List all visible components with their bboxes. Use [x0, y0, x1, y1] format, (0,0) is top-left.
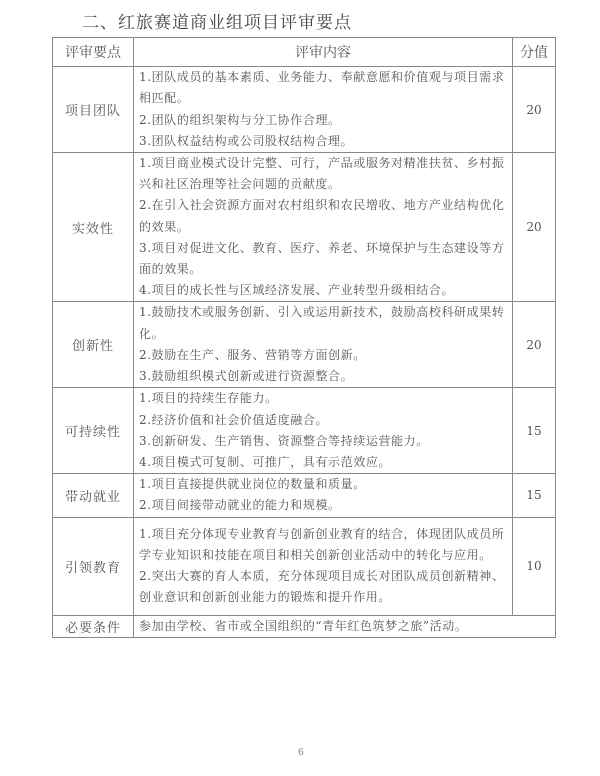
content-item: 3.团队权益结构或公司股权结构合理。	[139, 131, 508, 152]
content-item: 4.项目模式可复制、可推广，具有示范效应。	[139, 452, 508, 473]
row-content: 1.团队成员的基本素质、业务能力、奉献意愿和价值观与项目需求相匹配。 2.团队的…	[134, 67, 513, 153]
table-row: 引领教育 1.项目充分体现专业教育与创新创业教育的结合，体现团队成员所学专业知识…	[53, 517, 556, 615]
table-header-row: 评审要点 评审内容 分值	[53, 38, 556, 67]
row-point: 创新性	[53, 302, 134, 388]
row-content: 1.鼓励技术或服务创新、引入或运用新技术，鼓励高校科研成果转化。 2.鼓励在生产…	[134, 302, 513, 388]
row-point: 带动就业	[53, 474, 134, 517]
row-score: 20	[513, 153, 556, 302]
content-item: 2.经济价值和社会价值适度融合。	[139, 410, 508, 431]
row-point: 引领教育	[53, 517, 134, 615]
row-content: 参加由学校、省市或全国组织的“青年红色筑梦之旅”活动。	[134, 615, 556, 637]
row-content: 1.项目充分体现专业教育与创新创业教育的结合，体现团队成员所学专业知识和技能在项…	[134, 517, 513, 615]
row-content: 1.项目的持续生存能力。 2.经济价值和社会价值适度融合。 3.创新研发、生产销…	[134, 388, 513, 474]
content-item: 2.鼓励在生产、服务、营销等方面创新。	[139, 345, 508, 366]
table-row: 实效性 1.项目商业模式设计完整、可行，产品或服务对精准扶贫、乡村振兴和社区治理…	[53, 153, 556, 302]
content-item: 2.在引入社会资源方面对农村组织和农民增收、地方产业结构优化的效果。	[139, 195, 508, 237]
row-point: 实效性	[53, 153, 134, 302]
section-title: 二、红旅赛道商业组项目评审要点	[82, 8, 352, 33]
content-item: 2.团队的组织架构与分工协作合理。	[139, 110, 508, 131]
content-item: 2.突出大赛的育人本质，充分体现项目成长对团队成员创新精神、创业意识和创新创业能…	[139, 566, 508, 608]
content-item: 3.创新研发、生产销售、资源整合等持续运营能力。	[139, 431, 508, 452]
table-row: 创新性 1.鼓励技术或服务创新、引入或运用新技术，鼓励高校科研成果转化。 2.鼓…	[53, 302, 556, 388]
content-item: 4.项目的成长性与区域经济发展、产业转型升级相结合。	[139, 280, 508, 301]
table-row: 项目团队 1.团队成员的基本素质、业务能力、奉献意愿和价值观与项目需求相匹配。 …	[53, 67, 556, 153]
row-point: 项目团队	[53, 67, 134, 153]
review-criteria-table: 评审要点 评审内容 分值 项目团队 1.团队成员的基本素质、业务能力、奉献意愿和…	[52, 37, 556, 638]
row-point: 必要条件	[53, 615, 134, 637]
page-number: 6	[298, 748, 304, 758]
table-row: 带动就业 1.项目直接提供就业岗位的数量和质量。 2.项目间接带动就业的能力和规…	[53, 474, 556, 517]
table-footer-row: 必要条件 参加由学校、省市或全国组织的“青年红色筑梦之旅”活动。	[53, 615, 556, 637]
content-item: 1.项目商业模式设计完整、可行，产品或服务对精准扶贫、乡村振兴和社区治理等社会问…	[139, 153, 508, 195]
content-item: 1.项目充分体现专业教育与创新创业教育的结合，体现团队成员所学专业知识和技能在项…	[139, 524, 508, 566]
content-item: 3.鼓励组织模式创新或进行资源整合。	[139, 366, 508, 387]
content-item: 1.项目直接提供就业岗位的数量和质量。	[139, 474, 508, 495]
table-row: 可持续性 1.项目的持续生存能力。 2.经济价值和社会价值适度融合。 3.创新研…	[53, 388, 556, 474]
row-point: 可持续性	[53, 388, 134, 474]
content-item: 1.项目的持续生存能力。	[139, 388, 508, 409]
row-content: 1.项目直接提供就业岗位的数量和质量。 2.项目间接带动就业的能力和规模。	[134, 474, 513, 517]
content-item: 2.项目间接带动就业的能力和规模。	[139, 495, 508, 516]
row-score: 15	[513, 474, 556, 517]
row-score: 10	[513, 517, 556, 615]
content-item: 3.项目对促进文化、教育、医疗、养老、环境保护与生态建设等方面的效果。	[139, 238, 508, 280]
header-content: 评审内容	[134, 38, 513, 67]
row-score: 20	[513, 67, 556, 153]
content-item: 1.鼓励技术或服务创新、引入或运用新技术，鼓励高校科研成果转化。	[139, 302, 508, 344]
row-score: 20	[513, 302, 556, 388]
content-item: 1.团队成员的基本素质、业务能力、奉献意愿和价值观与项目需求相匹配。	[139, 67, 508, 109]
header-score: 分值	[513, 38, 556, 67]
row-content: 1.项目商业模式设计完整、可行，产品或服务对精准扶贫、乡村振兴和社区治理等社会问…	[134, 153, 513, 302]
row-score: 15	[513, 388, 556, 474]
header-point: 评审要点	[53, 38, 134, 67]
